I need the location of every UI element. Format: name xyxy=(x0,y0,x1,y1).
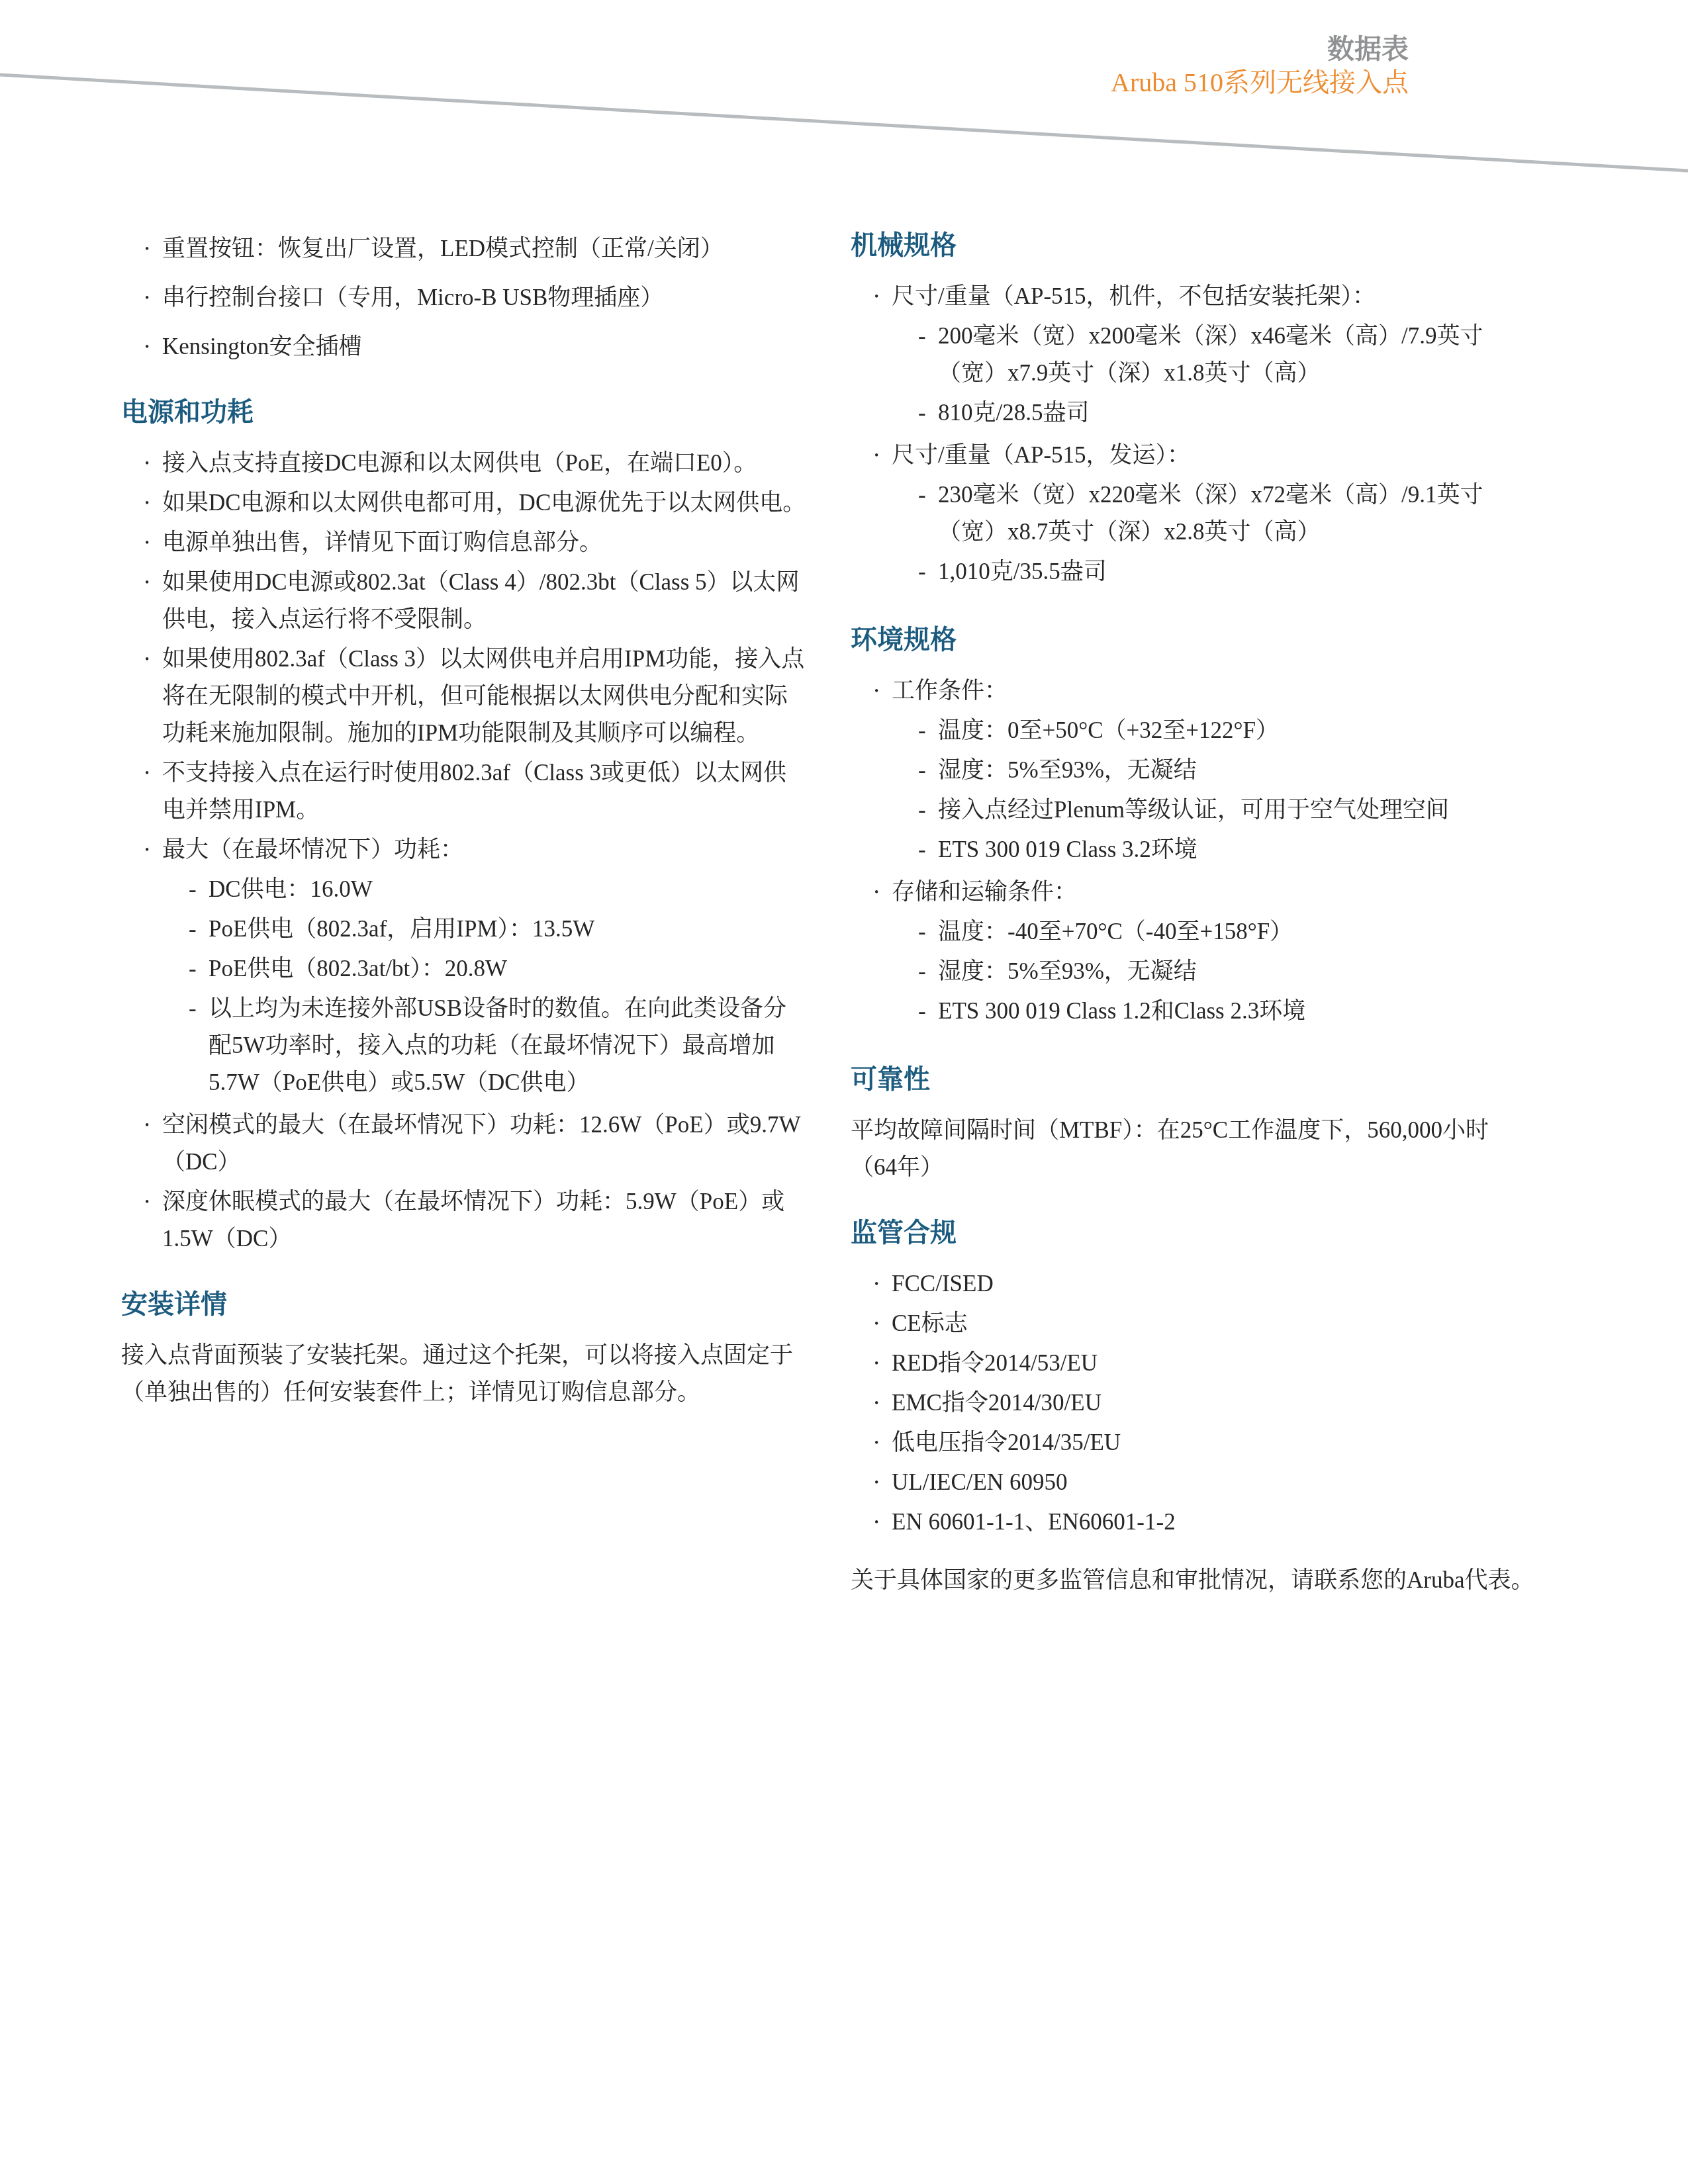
list-item-content: 空闲模式的最大（在最坏情况下）功耗：12.6W（PoE）或9.7W（DC） xyxy=(162,1107,810,1181)
list-item-text: 深度休眠模式的最大（在最坏情况下）功耗：5.9W（PoE）或1.5W（DC） xyxy=(162,1183,810,1257)
list-item: • 如果DC电源和以太网供电都可用，DC电源优先于以太网供电。 xyxy=(145,484,810,522)
list-item: • 低电压指令2014/35/EU xyxy=(874,1424,1526,1461)
sub-list-item-text: 温度：0至+50°C（+32至+122°F） xyxy=(938,712,1279,749)
bullet-icon: • xyxy=(874,1385,892,1422)
list-item: • 工作条件： - 温度：0至+50°C（+32至+122°F） - 湿度：5%… xyxy=(874,672,1526,871)
bullet-icon: • xyxy=(874,1504,892,1541)
list-item-content: EN 60601-1-1、EN60601-1-2 xyxy=(892,1504,1526,1541)
sub-list-item: - 温度：0至+50°C（+32至+122°F） xyxy=(918,712,1526,749)
bullet-icon: • xyxy=(874,1424,892,1461)
dash-icon: - xyxy=(918,553,938,590)
sub-list-item-text: 湿度：5%至93%，无凝结 xyxy=(938,953,1197,990)
bullet-icon: • xyxy=(145,445,162,482)
list-item-content: 接入点支持直接DC电源和以太网供电（PoE，在端口E0）。 xyxy=(162,445,810,482)
sub-list: - 温度：0至+50°C（+32至+122°F） - 湿度：5%至93%，无凝结… xyxy=(892,712,1526,868)
list-item-content: CE标志 xyxy=(892,1305,1526,1342)
sub-list-item-text: 接入点经过Plenum等级认证，可用于空气处理空间 xyxy=(938,792,1449,829)
dash-icon: - xyxy=(918,752,938,789)
power-list: • 接入点支持直接DC电源和以太网供电（PoE，在端口E0）。 • 如果DC电源… xyxy=(121,445,810,1257)
list-item-text: 存储和运输条件： xyxy=(892,874,1526,911)
mechanical-list: • 尺寸/重量（AP-515，机件，不包括安装托架）： - 200毫米（宽）x2… xyxy=(851,278,1526,593)
bullet-icon: • xyxy=(145,1107,162,1181)
bullet-icon: • xyxy=(874,278,892,434)
section-title-power: 电源和功耗 xyxy=(121,396,810,429)
list-item-text: Kensington安全插槽 xyxy=(162,328,810,365)
list-item-text: 如果DC电源和以太网供电都可用，DC电源优先于以太网供电。 xyxy=(162,484,810,522)
list-item-text: EN 60601-1-1、EN60601-1-2 xyxy=(892,1504,1526,1541)
sub-list: - 230毫米（宽）x220毫米（深）x72毫米（高）/9.1英寸（宽）x8.7… xyxy=(892,477,1526,590)
section-title-install: 安装详情 xyxy=(121,1288,810,1321)
list-item-text: UL/IEC/EN 60950 xyxy=(892,1464,1526,1501)
sub-list-item: - ETS 300 019 Class 1.2和Class 2.3环境 xyxy=(918,993,1526,1030)
sub-list-item-text: 湿度：5%至93%，无凝结 xyxy=(938,752,1197,789)
list-item-content: RED指令2014/53/EU xyxy=(892,1345,1526,1382)
product-title: Aruba 510系列无线接入点 xyxy=(1111,66,1409,100)
sub-list-item: - 温度：-40至+70°C（-40至+158°F） xyxy=(918,913,1526,950)
list-item: • EMC指令2014/30/EU xyxy=(874,1385,1526,1422)
dash-icon: - xyxy=(918,477,938,551)
sub-list: - DC供电：16.0W - PoE供电（802.3af，启用IPM）：13.5… xyxy=(162,871,810,1101)
sub-list-item: - 以上均为未连接外部USB设备时的数值。在向此类设备分配5W功率时，接入点的功… xyxy=(189,990,810,1101)
list-item: • 尺寸/重量（AP-515，机件，不包括安装托架）： - 200毫米（宽）x2… xyxy=(874,278,1526,434)
list-item-text: 尺寸/重量（AP-515，发运）： xyxy=(892,437,1526,474)
section-reliability: 可靠性 平均故障间隔时间（MTBF）：在25°C工作温度下，560,000小时（… xyxy=(851,1063,1526,1186)
bullet-icon: • xyxy=(145,484,162,522)
sub-list-item: - 湿度：5%至93%，无凝结 xyxy=(918,953,1526,990)
list-item-content: 工作条件： - 温度：0至+50°C（+32至+122°F） - 湿度：5%至9… xyxy=(892,672,1526,871)
sub-list-item-text: DC供电：16.0W xyxy=(209,871,373,908)
list-item-text: 低电压指令2014/35/EU xyxy=(892,1424,1526,1461)
list-item: • 存储和运输条件： - 温度：-40至+70°C（-40至+158°F） - … xyxy=(874,874,1526,1032)
list-item: • 如果使用DC电源或802.3at（Class 4）/802.3bt（Clas… xyxy=(145,564,810,638)
section-title-regulatory: 监管合规 xyxy=(851,1216,1526,1250)
list-item: • RED指令2014/53/EU xyxy=(874,1345,1526,1382)
list-item-text: RED指令2014/53/EU xyxy=(892,1345,1526,1382)
list-item-content: 深度休眠模式的最大（在最坏情况下）功耗：5.9W（PoE）或1.5W（DC） xyxy=(162,1183,810,1257)
list-item-text: 空闲模式的最大（在最坏情况下）功耗：12.6W（PoE）或9.7W（DC） xyxy=(162,1107,810,1181)
list-item: • 深度休眠模式的最大（在最坏情况下）功耗：5.9W（PoE）或1.5W（DC） xyxy=(145,1183,810,1257)
section-install: 安装详情 接入点背面预装了安装托架。通过这个托架，可以将接入点固定于（单独出售的… xyxy=(121,1288,810,1411)
list-item-content: 如果使用DC电源或802.3at（Class 4）/802.3bt（Class … xyxy=(162,564,810,638)
sub-list-item-text: PoE供电（802.3at/bt）：20.8W xyxy=(209,950,507,987)
bullet-icon: • xyxy=(145,1183,162,1257)
bullet-icon: • xyxy=(874,874,892,1032)
list-item-text: 如果使用802.3af（Class 3）以太网供电并启用IPM功能，接入点将在无… xyxy=(162,641,810,752)
sub-list-item-text: PoE供电（802.3af，启用IPM）：13.5W xyxy=(209,911,594,948)
section-regulatory: 监管合规 • FCC/ISED • CE标志 • RED指令2014/53/EU… xyxy=(851,1216,1526,1599)
sub-list-item-text: 以上均为未连接外部USB设备时的数值。在向此类设备分配5W功率时，接入点的功耗（… xyxy=(209,990,810,1101)
list-item: • 不支持接入点在运行时使用802.3af（Class 3或更低）以太网供电并禁… xyxy=(145,754,810,829)
section-environment: 环境规格 • 工作条件： - 温度：0至+50°C（+32至+122°F） - … xyxy=(851,623,1526,1032)
bullet-icon: • xyxy=(874,672,892,871)
section-mechanical: 机械规格 • 尺寸/重量（AP-515，机件，不包括安装托架）： - 200毫米… xyxy=(851,229,1526,593)
sub-list-item: - 湿度：5%至93%，无凝结 xyxy=(918,752,1526,789)
dash-icon: - xyxy=(918,993,938,1030)
list-item-text: FCC/ISED xyxy=(892,1265,1526,1302)
dash-icon: - xyxy=(189,950,209,987)
dash-icon: - xyxy=(189,990,209,1101)
section-title-environment: 环境规格 xyxy=(851,623,1526,657)
list-item-text: 最大（在最坏情况下）功耗： xyxy=(162,831,810,868)
list-item: • 最大（在最坏情况下）功耗： - DC供电：16.0W - PoE供电（802… xyxy=(145,831,810,1104)
dash-icon: - xyxy=(189,871,209,908)
sub-list-item-text: 810克/28.5盎司 xyxy=(938,394,1089,432)
list-item-text: 电源单独出售，详情见下面订购信息部分。 xyxy=(162,524,810,561)
bullet-icon: • xyxy=(145,279,162,316)
dash-icon: - xyxy=(918,831,938,868)
decorative-diagonal-line xyxy=(0,0,1688,199)
bullet-icon: • xyxy=(145,230,162,267)
list-item: • 串行控制台接口（专用，Micro-B USB物理插座） xyxy=(145,279,810,316)
list-item: • 如果使用802.3af（Class 3）以太网供电并启用IPM功能，接入点将… xyxy=(145,641,810,752)
list-item: • FCC/ISED xyxy=(874,1265,1526,1302)
list-item: • EN 60601-1-1、EN60601-1-2 xyxy=(874,1504,1526,1541)
list-item-content: 存储和运输条件： - 温度：-40至+70°C（-40至+158°F） - 湿度… xyxy=(892,874,1526,1032)
list-item: • 尺寸/重量（AP-515，发运）： - 230毫米（宽）x220毫米（深）x… xyxy=(874,437,1526,593)
bullet-icon: • xyxy=(145,564,162,638)
sub-list-item: - DC供电：16.0W xyxy=(189,871,810,908)
dash-icon: - xyxy=(918,913,938,950)
sub-list-item: - 230毫米（宽）x220毫米（深）x72毫米（高）/9.1英寸（宽）x8.7… xyxy=(918,477,1526,551)
list-item-content: 如果DC电源和以太网供电都可用，DC电源优先于以太网供电。 xyxy=(162,484,810,522)
sub-list-item: - PoE供电（802.3af，启用IPM）：13.5W xyxy=(189,911,810,948)
list-item: • 空闲模式的最大（在最坏情况下）功耗：12.6W（PoE）或9.7W（DC） xyxy=(145,1107,810,1181)
sub-list-item-text: 温度：-40至+70°C（-40至+158°F） xyxy=(938,913,1293,950)
list-item: • CE标志 xyxy=(874,1305,1526,1342)
list-item-content: Kensington安全插槽 xyxy=(162,328,810,365)
bullet-icon: • xyxy=(145,754,162,829)
sub-list: - 200毫米（宽）x200毫米（深）x46毫米（高）/7.9英寸（宽）x7.9… xyxy=(892,318,1526,432)
list-item-content: 尺寸/重量（AP-515，机件，不包括安装托架）： - 200毫米（宽）x200… xyxy=(892,278,1526,434)
list-item-content: UL/IEC/EN 60950 xyxy=(892,1464,1526,1501)
bullet-icon: • xyxy=(145,524,162,561)
list-item-text: CE标志 xyxy=(892,1305,1526,1342)
section-title-mechanical: 机械规格 xyxy=(851,229,1526,262)
dash-icon: - xyxy=(918,953,938,990)
dash-icon: - xyxy=(918,712,938,749)
section-title-reliability: 可靠性 xyxy=(851,1063,1526,1096)
list-item-text: 串行控制台接口（专用，Micro-B USB物理插座） xyxy=(162,279,810,316)
bullet-icon: • xyxy=(874,1265,892,1302)
list-item-content: 重置按钮：恢复出厂设置，LED模式控制（正常/关闭） xyxy=(162,230,810,267)
list-item-content: FCC/ISED xyxy=(892,1265,1526,1302)
sub-list-item-text: ETS 300 019 Class 1.2和Class 2.3环境 xyxy=(938,993,1305,1030)
list-item-content: 最大（在最坏情况下）功耗： - DC供电：16.0W - PoE供电（802.3… xyxy=(162,831,810,1104)
list-item-content: 如果使用802.3af（Class 3）以太网供电并启用IPM功能，接入点将在无… xyxy=(162,641,810,752)
sub-list-item: - 200毫米（宽）x200毫米（深）x46毫米（高）/7.9英寸（宽）x7.9… xyxy=(918,318,1526,392)
section-power: 电源和功耗 • 接入点支持直接DC电源和以太网供电（PoE，在端口E0）。 • … xyxy=(121,396,810,1257)
sub-list-item: - PoE供电（802.3at/bt）：20.8W xyxy=(189,950,810,987)
list-item-text: 如果使用DC电源或802.3at（Class 4）/802.3bt（Class … xyxy=(162,564,810,638)
list-item-text: 接入点支持直接DC电源和以太网供电（PoE，在端口E0）。 xyxy=(162,445,810,482)
install-paragraph: 接入点背面预装了安装托架。通过这个托架，可以将接入点固定于（单独出售的）任何安装… xyxy=(121,1337,810,1411)
datasheet-page: 数据表 Aruba 510系列无线接入点 • 重置按钮：恢复出厂设置，LED模式… xyxy=(0,0,1688,2184)
bullet-icon: • xyxy=(145,328,162,365)
sub-list-item-text: 200毫米（宽）x200毫米（深）x46毫米（高）/7.9英寸（宽）x7.9英寸… xyxy=(938,318,1526,392)
sub-list-item: - ETS 300 019 Class 3.2环境 xyxy=(918,831,1526,868)
list-item-content: 尺寸/重量（AP-515，发运）： - 230毫米（宽）x220毫米（深）x72… xyxy=(892,437,1526,593)
bullet-icon: • xyxy=(874,1464,892,1501)
list-item: • 电源单独出售，详情见下面订购信息部分。 xyxy=(145,524,810,561)
sub-list-item: - 接入点经过Plenum等级认证，可用于空气处理空间 xyxy=(918,792,1526,829)
list-item-content: 低电压指令2014/35/EU xyxy=(892,1424,1526,1461)
document-type-label: 数据表 xyxy=(1111,33,1409,66)
list-item-content: EMC指令2014/30/EU xyxy=(892,1385,1526,1422)
bullet-icon: • xyxy=(145,641,162,752)
regulatory-footer-paragraph: 关于具体国家的更多监管信息和审批情况，请联系您的Aruba代表。 xyxy=(851,1562,1526,1599)
list-item: • 接入点支持直接DC电源和以太网供电（PoE，在端口E0）。 xyxy=(145,445,810,482)
device-feature-list: • 重置按钮：恢复出厂设置，LED模式控制（正常/关闭） • 串行控制台接口（专… xyxy=(121,230,810,365)
dash-icon: - xyxy=(189,911,209,948)
sub-list-item: - 1,010克/35.5盎司 xyxy=(918,553,1526,590)
list-item-text: 不支持接入点在运行时使用802.3af（Class 3或更低）以太网供电并禁用I… xyxy=(162,754,810,829)
list-item-content: 不支持接入点在运行时使用802.3af（Class 3或更低）以太网供电并禁用I… xyxy=(162,754,810,829)
document-header: 数据表 Aruba 510系列无线接入点 xyxy=(1111,33,1409,100)
regulatory-list: • FCC/ISED • CE标志 • RED指令2014/53/EU • EM… xyxy=(851,1265,1526,1541)
dash-icon: - xyxy=(918,792,938,829)
reliability-paragraph: 平均故障间隔时间（MTBF）：在25°C工作温度下，560,000小时（64年） xyxy=(851,1112,1526,1186)
dash-icon: - xyxy=(918,318,938,392)
bullet-icon: • xyxy=(874,1345,892,1382)
list-item-text: 重置按钮：恢复出厂设置，LED模式控制（正常/关闭） xyxy=(162,230,810,267)
sub-list-item-text: 1,010克/35.5盎司 xyxy=(938,553,1107,590)
list-item-text: 尺寸/重量（AP-515，机件，不包括安装托架）： xyxy=(892,278,1526,315)
sub-list-item-text: ETS 300 019 Class 3.2环境 xyxy=(938,831,1197,868)
list-item-content: 串行控制台接口（专用，Micro-B USB物理插座） xyxy=(162,279,810,316)
bullet-icon: • xyxy=(874,437,892,593)
left-column: • 重置按钮：恢复出厂设置，LED模式控制（正常/关闭） • 串行控制台接口（专… xyxy=(121,230,810,1411)
list-item: • UL/IEC/EN 60950 xyxy=(874,1464,1526,1501)
list-item-content: 电源单独出售，详情见下面订购信息部分。 xyxy=(162,524,810,561)
sub-list-item-text: 230毫米（宽）x220毫米（深）x72毫米（高）/9.1英寸（宽）x8.7英寸… xyxy=(938,477,1526,551)
list-item-text: EMC指令2014/30/EU xyxy=(892,1385,1526,1422)
list-item: • Kensington安全插槽 xyxy=(145,328,810,365)
bullet-icon: • xyxy=(145,831,162,1104)
sub-list: - 温度：-40至+70°C（-40至+158°F） - 湿度：5%至93%，无… xyxy=(892,913,1526,1030)
list-item: • 重置按钮：恢复出厂设置，LED模式控制（正常/关闭） xyxy=(145,230,810,267)
bullet-icon: • xyxy=(874,1305,892,1342)
right-column: 机械规格 • 尺寸/重量（AP-515，机件，不包括安装托架）： - 200毫米… xyxy=(851,229,1526,1599)
dash-icon: - xyxy=(918,394,938,432)
sub-list-item: - 810克/28.5盎司 xyxy=(918,394,1526,432)
list-item-text: 工作条件： xyxy=(892,672,1526,709)
environment-list: • 工作条件： - 温度：0至+50°C（+32至+122°F） - 湿度：5%… xyxy=(851,672,1526,1032)
